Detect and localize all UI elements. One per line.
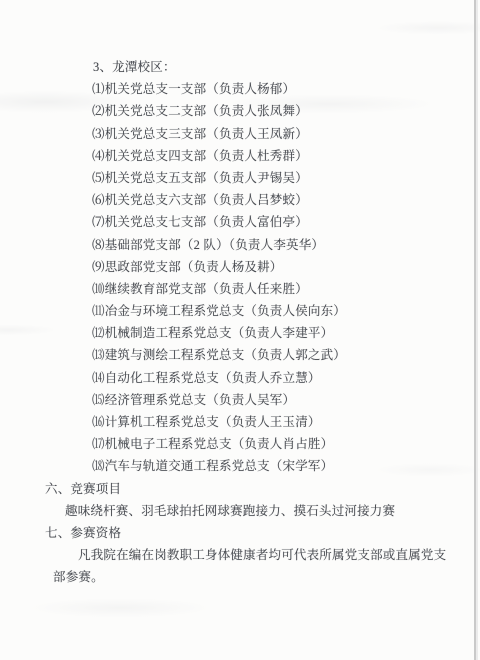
- branch-list-item-4: ⑷机关党总支四支部（负责人杜秀群）: [0, 145, 474, 167]
- scanned-document-page: 3、龙潭校区： ⑴机关党总支一支部（负责人杨郁） ⑵机关党总支二支部（负责人张凤…: [0, 0, 480, 660]
- branch-list-item-18: ⒅汽车与轨道交通工程系党总支（宋学军）: [0, 455, 474, 477]
- branch-list-item-13: ⒀建筑与测绘工程系党总支（负责人郭之武）: [0, 344, 474, 366]
- branch-list-item-15: ⒂经济管理系党总支（负责人吴军）: [0, 389, 474, 411]
- branch-list-item-2: ⑵机关党总支二支部（负责人张凤舞）: [0, 100, 474, 122]
- branch-list-item-14: ⒁自动化工程系党总支（负责人乔立慧）: [0, 367, 474, 389]
- branch-list-item-17: ⒄机械电子工程系党总支（负责人肖占胜）: [0, 433, 474, 455]
- eligibility-text-line2: 部参赛。: [0, 566, 474, 588]
- branch-list-item-12: ⑿机械制造工程系党总支（负责人李建平）: [0, 322, 474, 344]
- branch-list-item-3: ⑶机关党总支三支部（负责人王凤新）: [0, 123, 474, 145]
- eligibility-section-heading: 七、参赛资格: [0, 522, 474, 544]
- document-body: 3、龙潭校区： ⑴机关党总支一支部（负责人杨郁） ⑵机关党总支二支部（负责人张凤…: [0, 56, 474, 589]
- scan-edge-line: [474, 0, 476, 660]
- branch-list-item-11: ⑾冶金与环境工程系党总支（负责人侯向东）: [0, 300, 474, 322]
- branch-list-item-8: ⑻基础部党支部（2 队）（负责人李英华）: [0, 234, 474, 256]
- branch-list-item-10: ⑽继续教育部党支部（负责人任来胜）: [0, 278, 474, 300]
- branch-list-item-16: ⒃计算机工程系党总支（负责人王玉清）: [0, 411, 474, 433]
- eligibility-text-line1: 凡我院在编在岗教职工身体健康者均可代表所属党支部或直属党支: [0, 544, 474, 566]
- branch-list-item-5: ⑸机关党总支五支部（负责人尹锡吴）: [0, 167, 474, 189]
- competition-section-heading: 六、竞赛项目: [0, 478, 474, 500]
- branch-list-item-1: ⑴机关党总支一支部（负责人杨郁）: [0, 78, 474, 100]
- campus-section-title: 3、龙潭校区：: [0, 56, 474, 78]
- branch-list-item-9: ⑼思政部党支部（负责人杨及耕）: [0, 256, 474, 278]
- competition-events-text: 趣味绕杆赛、羽毛球拍托网球赛跑接力、摸石头过河接力赛: [0, 500, 474, 522]
- branch-list-item-6: ⑹机关党总支六支部（负责人吕梦蛟）: [0, 189, 474, 211]
- branch-list-item-7: ⑺机关党总支七支部（负责人富伯亭）: [0, 211, 474, 233]
